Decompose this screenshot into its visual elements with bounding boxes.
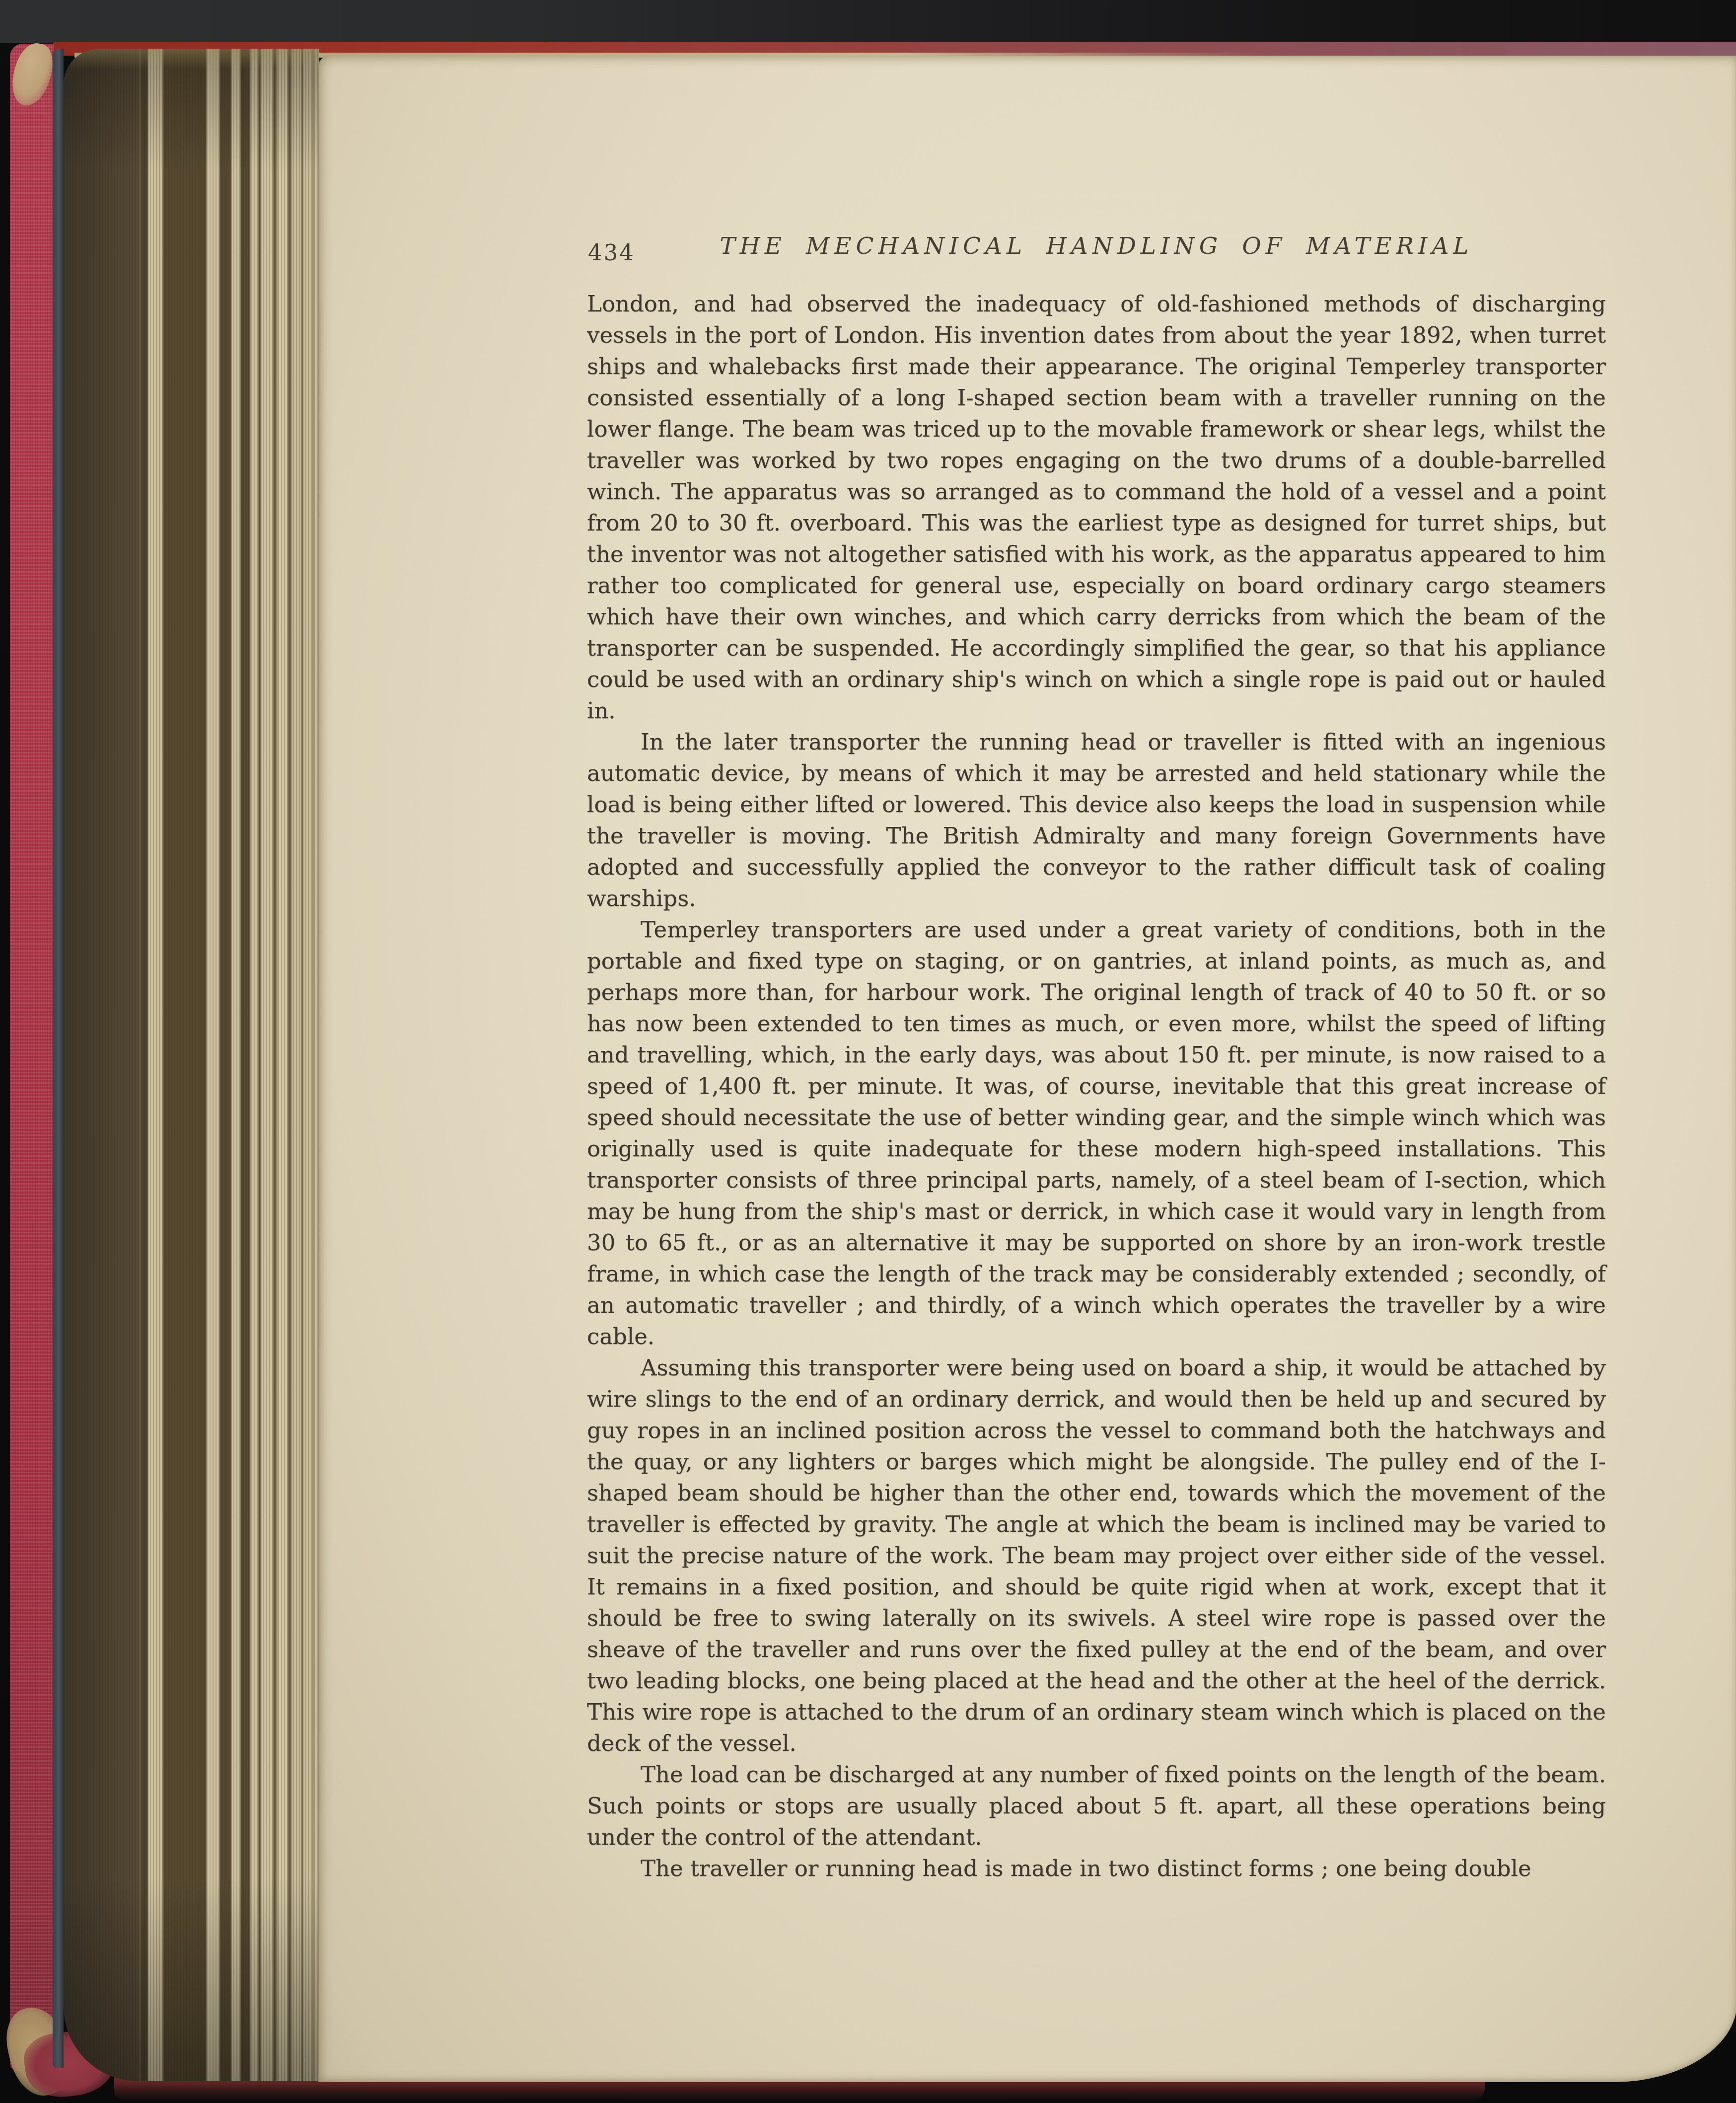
paragraph: London, and had observed the inadequacy … [587,288,1606,726]
paragraph: Assuming this transporter were being use… [587,1352,1606,1759]
paragraph: In the later transporter the running hea… [587,726,1606,914]
running-title: THE MECHANICAL HANDLING OF MATERIAL [587,232,1606,260]
page-body: London, and had observed the inadequacy … [587,288,1606,1884]
book-scan-photo: 434 THE MECHANICAL HANDLING OF MATERIAL … [0,0,1736,2103]
paragraph: The traveller or running head is made in… [587,1853,1606,1884]
book-cover-left-edge [10,44,54,2071]
page-header: 434 THE MECHANICAL HANDLING OF MATERIAL [587,232,1606,275]
cover-board-edge [53,49,64,2068]
paragraph: The load can be discharged at any number… [587,1759,1606,1853]
paragraph: Temperley transporters are used under a … [587,914,1606,1352]
page-number: 434 [588,239,635,266]
book-page: 434 THE MECHANICAL HANDLING OF MATERIAL … [318,56,1736,2082]
stacked-page-edges [64,49,319,2081]
table-background [0,0,1736,43]
